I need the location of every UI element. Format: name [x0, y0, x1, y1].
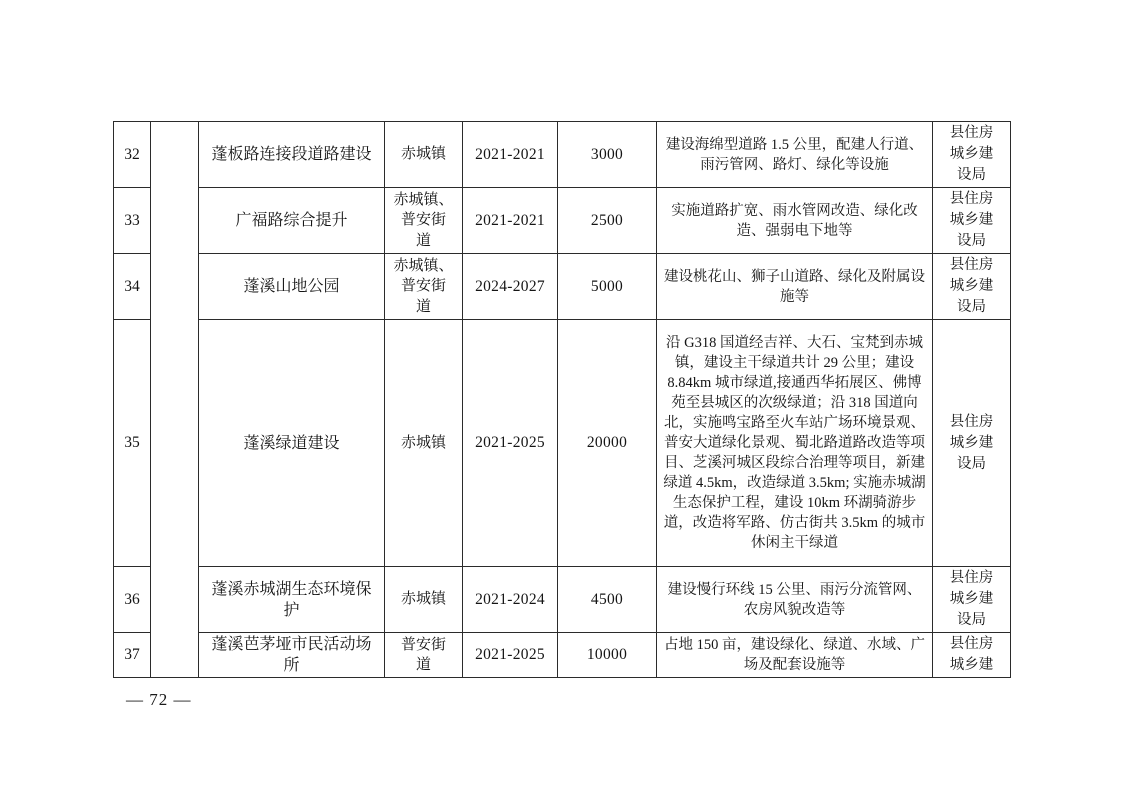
row-number-cell: 37 — [114, 633, 151, 678]
department-cell: 县住房 城乡建 设局 — [933, 254, 1011, 320]
project-name-cell: 蓬溪芭茅垭市民活动场 所 — [199, 633, 385, 678]
years-cell: 2021-2025 — [463, 320, 558, 567]
department-cell: 县住房 城乡建 设局 — [933, 567, 1011, 633]
table-row: 37 蓬溪芭茅垭市民活动场 所 普安街 道 2021-2025 10000 占地… — [114, 633, 1011, 678]
amount-cell: 10000 — [558, 633, 657, 678]
years-cell: 2021-2024 — [463, 567, 558, 633]
description-cell: 建设慢行环线 15 公里、雨污分流管网、农房风貌改造等 — [657, 567, 933, 633]
description-cell: 实施道路扩宽、雨水管网改造、绿化改造、强弱电下地等 — [657, 188, 933, 254]
amount-cell: 5000 — [558, 254, 657, 320]
description-cell: 沿 G318 国道经吉祥、大石、宝梵到赤城镇，建设主干绿道共计 29 公里；建设… — [657, 320, 933, 567]
table-row: 34 蓬溪山地公园 赤城镇、 普安街 道 2024-2027 5000 建设桃花… — [114, 254, 1011, 320]
page-number: — 72 — — [126, 690, 192, 710]
row-number-cell: 32 — [114, 122, 151, 188]
table-row: 33 广福路综合提升 赤城镇、 普安街 道 2021-2021 2500 实施道… — [114, 188, 1011, 254]
description-cell: 建设海绵型道路 1.5 公里，配建人行道、雨污管网、路灯、绿化等设施 — [657, 122, 933, 188]
town-cell: 赤城镇、 普安街 道 — [385, 188, 463, 254]
project-name-cell: 蓬溪绿道建设 — [199, 320, 385, 567]
table-row: 36 蓬溪赤城湖生态环境保 护 赤城镇 2021-2024 4500 建设慢行环… — [114, 567, 1011, 633]
project-name-cell: 蓬板路连接段道路建设 — [199, 122, 385, 188]
town-cell: 赤城镇 — [385, 122, 463, 188]
amount-cell: 4500 — [558, 567, 657, 633]
project-table: 32 蓬板路连接段道路建设 赤城镇 2021-2021 3000 建设海绵型道路… — [113, 121, 1011, 678]
town-cell: 赤城镇 — [385, 567, 463, 633]
row-number-cell: 33 — [114, 188, 151, 254]
table-row: 35 蓬溪绿道建设 赤城镇 2021-2025 20000 沿 G318 国道经… — [114, 320, 1011, 567]
amount-cell: 2500 — [558, 188, 657, 254]
town-cell: 赤城镇、 普安街 道 — [385, 254, 463, 320]
row-number-cell: 34 — [114, 254, 151, 320]
document-page: { "colors": { "background": "#ffffff", "… — [0, 0, 1122, 793]
town-cell: 赤城镇 — [385, 320, 463, 567]
department-cell: 县住房 城乡建 设局 — [933, 320, 1011, 567]
description-cell: 占地 150 亩，建设绿化、绿道、水域、广场及配套设施等 — [657, 633, 933, 678]
department-cell: 县住房 城乡建 设局 — [933, 122, 1011, 188]
project-name-cell: 蓬溪山地公园 — [199, 254, 385, 320]
table-row: 32 蓬板路连接段道路建设 赤城镇 2021-2021 3000 建设海绵型道路… — [114, 122, 1011, 188]
row-number-cell: 35 — [114, 320, 151, 567]
description-cell: 建设桃花山、狮子山道路、绿化及附属设施等 — [657, 254, 933, 320]
row-number-cell: 36 — [114, 567, 151, 633]
category-spanner-cell — [151, 122, 199, 678]
department-cell: 县住房 城乡建 设局 — [933, 188, 1011, 254]
amount-cell: 20000 — [558, 320, 657, 567]
town-cell: 普安街 道 — [385, 633, 463, 678]
amount-cell: 3000 — [558, 122, 657, 188]
project-name-cell: 广福路综合提升 — [199, 188, 385, 254]
years-cell: 2024-2027 — [463, 254, 558, 320]
years-cell: 2021-2025 — [463, 633, 558, 678]
department-cell: 县住房 城乡建 — [933, 633, 1011, 678]
years-cell: 2021-2021 — [463, 188, 558, 254]
years-cell: 2021-2021 — [463, 122, 558, 188]
project-name-cell: 蓬溪赤城湖生态环境保 护 — [199, 567, 385, 633]
